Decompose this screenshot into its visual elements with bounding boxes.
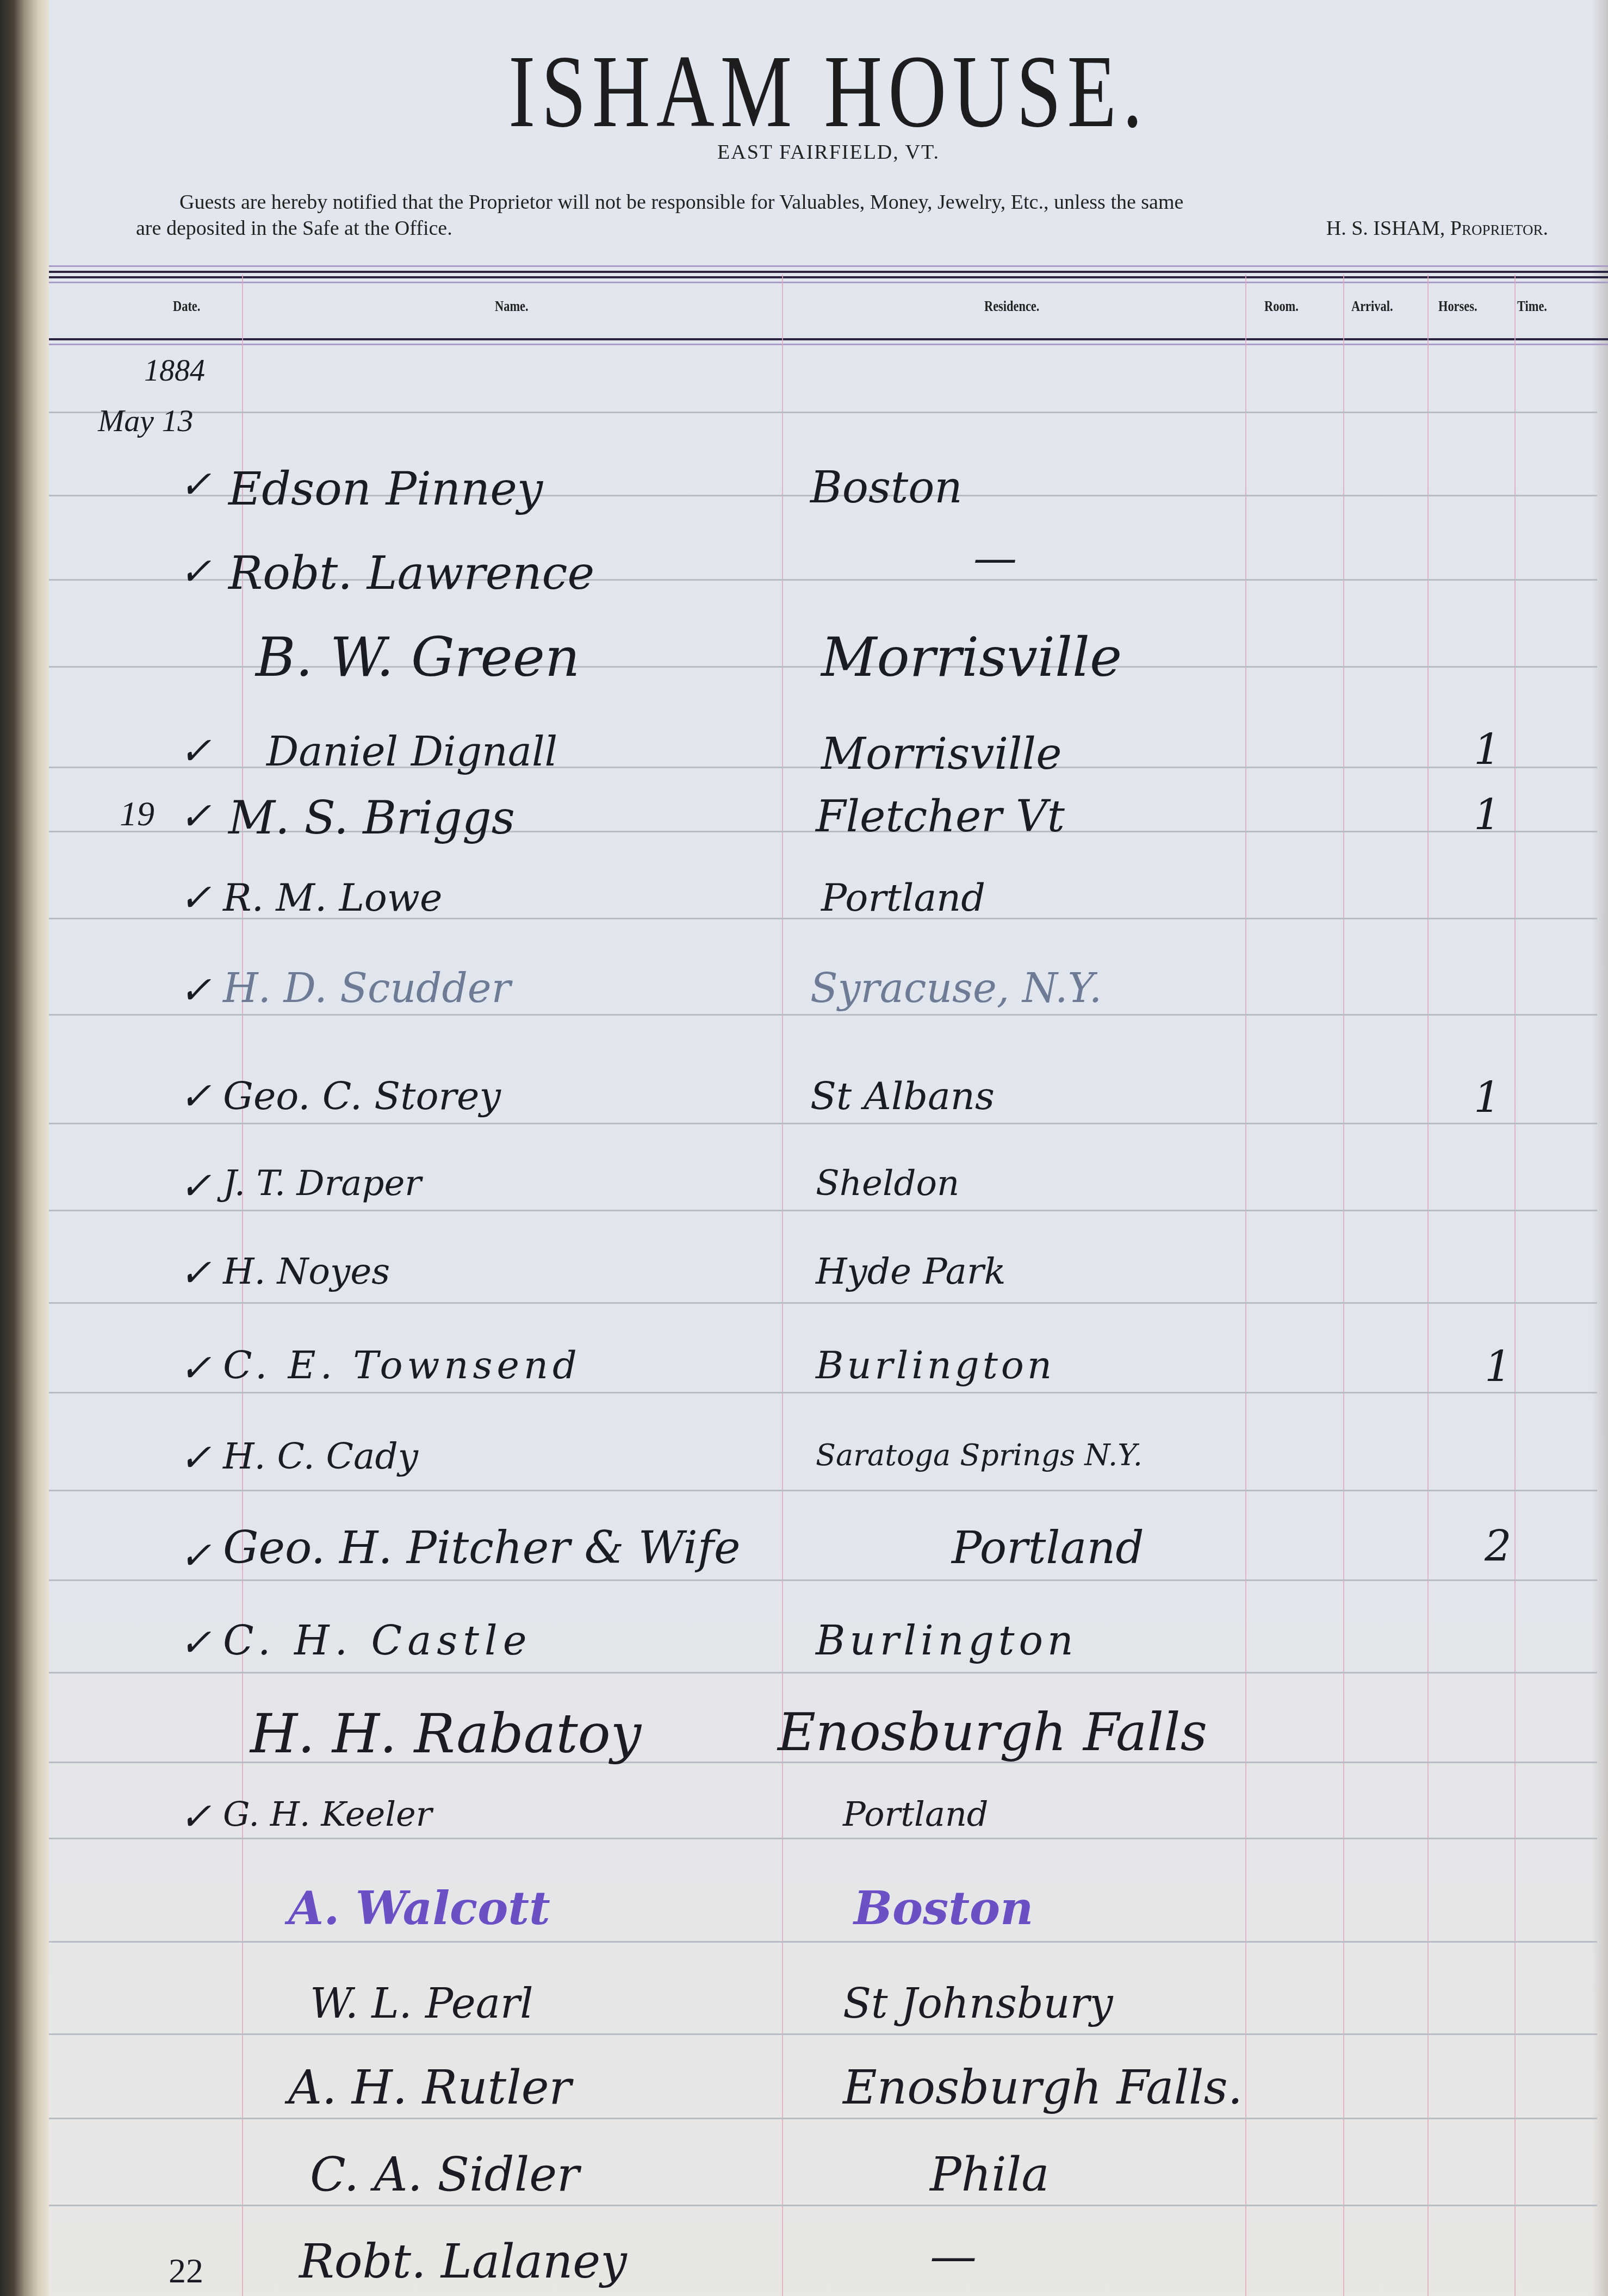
ruled-line — [49, 1014, 1597, 1016]
check-mark-icon: ✓ — [179, 1794, 212, 1839]
register-page: ISHAM HOUSE. EAST FAIRFIELD, VT. Guests … — [49, 0, 1608, 2296]
check-mark-icon: ✓ — [179, 1620, 212, 1665]
guest-name: H. Noyes — [223, 1250, 390, 1292]
guest-name: H. H. Rabatoy — [250, 1702, 641, 1765]
guest-name: C. E. Townsend — [223, 1343, 581, 1387]
guest-name: W. L. Pearl — [310, 1979, 533, 2027]
date-month-day: May 13 — [98, 402, 194, 439]
column-headers: Date. Name. Residence. Room. Arrival. Ho… — [49, 298, 1608, 331]
check-mark-icon: ✓ — [179, 729, 212, 774]
check-mark-icon: ✓ — [179, 794, 212, 839]
guest-name: C. H. Castle — [223, 1617, 532, 1664]
guest-residence: Phila — [930, 2148, 1050, 2202]
horses-count: 1 — [1485, 1343, 1512, 1392]
ruled-line — [49, 1838, 1597, 1839]
guest-residence: Boston — [810, 462, 963, 513]
guest-name: M. S. Briggs — [228, 791, 515, 844]
column-divider — [1427, 275, 1429, 2296]
column-header-horses: Horses. — [1438, 298, 1477, 315]
guest-name: Robt. Lawrence — [228, 546, 594, 600]
guest-name: A. H. Rutler — [288, 2061, 572, 2115]
proprietor-title: Proprietor. — [1450, 217, 1548, 240]
guest-residence: — — [930, 2229, 977, 2283]
check-mark-icon: ✓ — [179, 968, 212, 1013]
guest-residence: — — [973, 533, 1017, 583]
column-header-name: Name. — [495, 298, 529, 315]
guest-name: G. H. Keeler — [223, 1794, 432, 1834]
guest-residence: St Albans — [810, 1074, 995, 1118]
guest-name: Edson Pinney — [228, 462, 543, 515]
proprietor-signature: H. S. ISHAM, Proprietor. — [1326, 215, 1548, 241]
ruled-line — [49, 1941, 1597, 1943]
guest-residence: Portland — [821, 875, 985, 920]
guest-residence: Hyde Park — [816, 1250, 1005, 1292]
notice-line-2: are deposited in the Safe at the Office.… — [136, 215, 1570, 241]
check-mark-icon: ✓ — [179, 1250, 212, 1296]
hotel-location: EAST FAIRFIELD, VT. — [49, 140, 1608, 164]
ruled-line — [49, 2033, 1597, 2035]
horses-count: 1 — [1474, 1074, 1501, 1123]
horses-count: 2 — [1485, 1522, 1512, 1571]
entry-date: 19 — [120, 794, 154, 834]
notice-line-1: Guests are hereby notified that the Prop… — [136, 189, 1570, 215]
column-divider — [1514, 275, 1516, 2296]
guest-name: R. M. Lowe — [223, 875, 442, 920]
column-divider — [1245, 275, 1246, 2296]
guest-residence: Boston — [854, 1881, 1033, 1935]
column-header-arrival: Arrival. — [1351, 298, 1393, 315]
book-spine — [0, 0, 49, 2296]
guest-residence: Burlington — [816, 1343, 1055, 1387]
guest-residence: Burlington — [816, 1617, 1078, 1664]
check-mark-icon: ✓ — [179, 1435, 212, 1480]
guest-name: Robt. Lalaney — [299, 2235, 627, 2289]
column-divider — [1343, 275, 1344, 2296]
guest-name: C. A. Sidler — [310, 2148, 579, 2202]
header-rule — [49, 282, 1608, 283]
ruled-line — [49, 1579, 1597, 1581]
guest-residence: Enosburgh Falls — [778, 1702, 1207, 1763]
header-rule — [49, 276, 1608, 278]
guest-name: H. C. Cady — [223, 1435, 418, 1477]
ruled-line — [49, 2205, 1597, 2206]
guest-residence: Syracuse, N.Y. — [810, 965, 1102, 1012]
guest-name: A. Walcott — [288, 1881, 550, 1935]
ruled-line — [49, 2118, 1597, 2119]
ruled-line — [49, 412, 1597, 413]
column-header-time: Time. — [1517, 298, 1547, 315]
ruled-line — [49, 1210, 1597, 1211]
entry-date: 22 — [169, 2251, 203, 2291]
column-header-date: Date. — [173, 298, 200, 315]
guest-name: H. D. Scudder — [223, 965, 511, 1012]
column-divider — [782, 275, 783, 2296]
check-mark-icon: ✓ — [179, 1074, 212, 1119]
guest-name: J. T. Draper — [223, 1163, 421, 1204]
header-rule — [49, 265, 1608, 267]
ruled-line — [49, 1490, 1597, 1491]
check-mark-icon: ✓ — [179, 875, 212, 920]
date-year: 1884 — [144, 353, 205, 388]
guest-residence: St Johnsbury — [843, 1979, 1113, 2027]
guest-residence: Portland — [952, 1522, 1144, 1574]
check-mark-icon: ✓ — [179, 549, 212, 594]
horses-count: 1 — [1474, 726, 1501, 775]
check-mark-icon: ✓ — [179, 1346, 212, 1391]
guest-residence: Fletcher Vt — [816, 791, 1065, 842]
column-header-room: Room. — [1264, 298, 1299, 315]
guest-name: Geo. C. Storey — [223, 1074, 501, 1118]
notice-line-2-text: are deposited in the Safe at the Office. — [136, 215, 452, 241]
guest-name: Daniel Dignall — [266, 729, 557, 775]
ruled-line — [49, 1123, 1597, 1124]
horses-count: 1 — [1474, 791, 1501, 840]
ruled-line — [49, 1672, 1597, 1673]
check-mark-icon: ✓ — [179, 462, 212, 507]
proprietor-name: H. S. ISHAM, — [1326, 217, 1445, 240]
guest-residence: Morrisville — [821, 729, 1062, 779]
guest-residence: Enosburgh Falls. — [843, 2061, 1243, 2115]
header-rule — [49, 271, 1608, 273]
ruled-line — [49, 1392, 1597, 1393]
hotel-title: ISHAM HOUSE. — [220, 33, 1436, 151]
guest-residence: Sheldon — [816, 1163, 959, 1204]
guest-residence: Portland — [843, 1794, 989, 1834]
guest-residence: Saratoga Springs N.Y. — [816, 1438, 1143, 1472]
guest-name: Geo. H. Pitcher & Wife — [223, 1522, 741, 1574]
guest-residence: Morrisville — [821, 625, 1122, 689]
liability-notice: Guests are hereby notified that the Prop… — [136, 189, 1570, 241]
guest-name: B. W. Green — [256, 625, 580, 689]
header-rule — [49, 344, 1608, 345]
header-rule — [49, 338, 1608, 340]
ruled-line — [49, 1302, 1597, 1304]
column-header-residence: Residence. — [984, 298, 1039, 315]
check-mark-icon: ✓ — [179, 1533, 212, 1578]
check-mark-icon: ✓ — [179, 1163, 212, 1209]
